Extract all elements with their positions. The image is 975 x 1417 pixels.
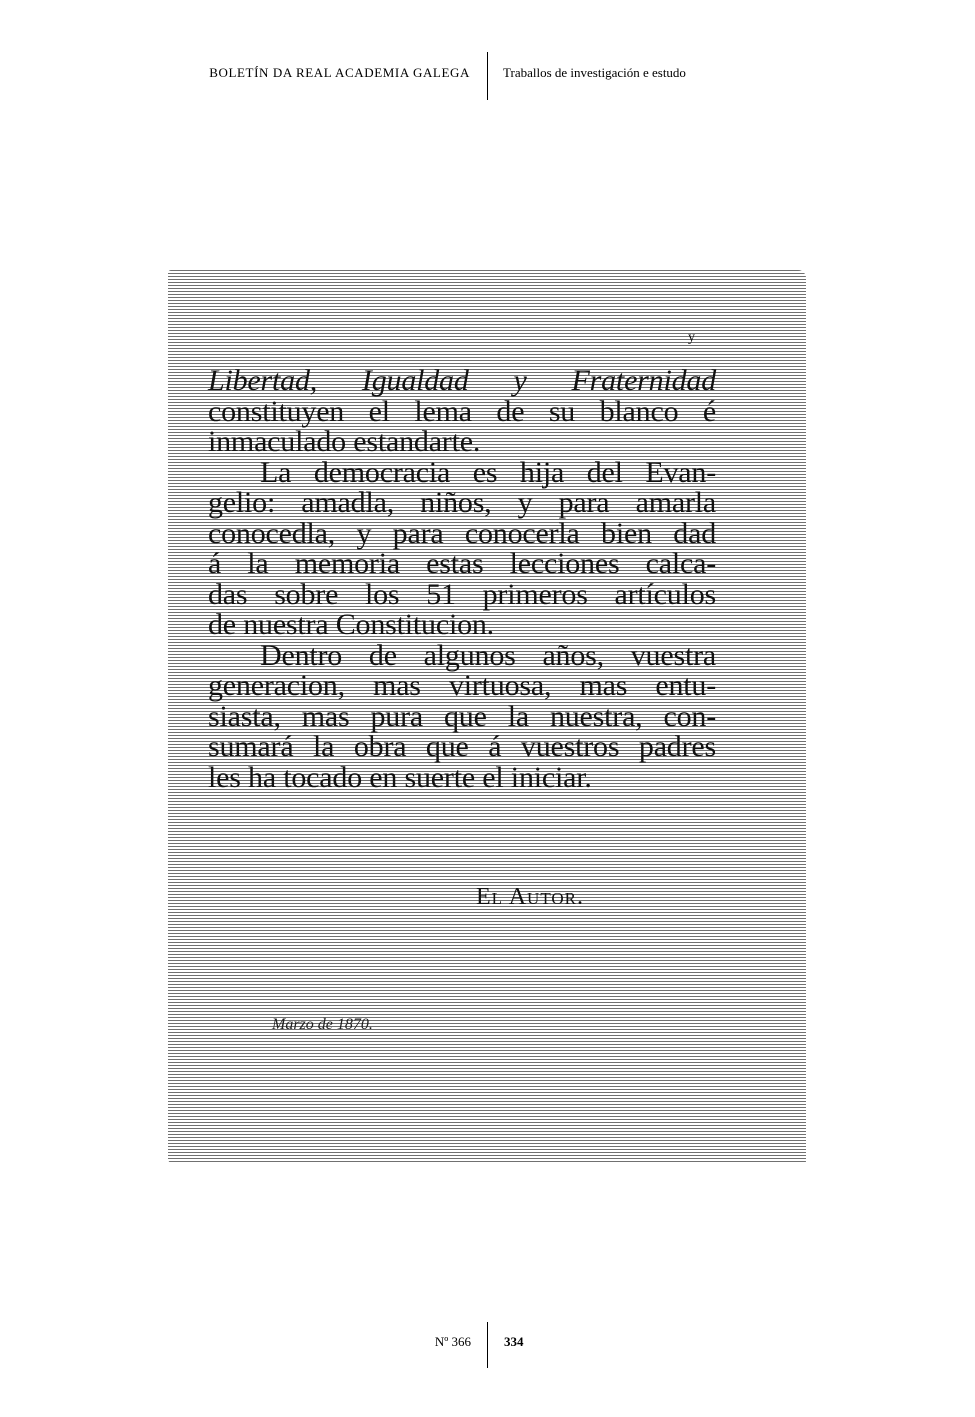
text-line: gelio: amadla, niños, y para amarla xyxy=(208,488,716,519)
text-line: á la memoria estas lecciones calca- xyxy=(208,549,716,580)
text-line: inmaculado estandarte. xyxy=(208,427,716,458)
facsimile-body-text: Libertad, Igualdad y Fraternidad constit… xyxy=(208,366,716,793)
text-line: Libertad, Igualdad y Fraternidad xyxy=(208,366,716,397)
text-line: constituyen el lema de su blanco é xyxy=(208,397,716,428)
footer-divider xyxy=(487,1322,488,1368)
page-number: 334 xyxy=(504,1334,524,1350)
issue-number: Nº 366 xyxy=(435,1334,471,1350)
text-line: les ha tocado en suerte el iniciar. xyxy=(208,763,716,794)
corner-mark: y xyxy=(688,330,695,346)
text-line: generacion, mas virtuosa, mas entu- xyxy=(208,671,716,702)
page-footer: Nº 366 334 xyxy=(0,1322,975,1368)
dateline: Marzo de 1870. xyxy=(272,1016,373,1034)
text-line: de nuestra Constitucion. xyxy=(208,610,716,641)
section-title: Traballos de investigación e estudo xyxy=(503,65,686,81)
running-header: BOLETÍN DA REAL ACADEMIA GALEGA Traballo… xyxy=(0,52,975,100)
journal-title: BOLETÍN DA REAL ACADEMIA GALEGA xyxy=(209,65,470,81)
text-line: siasta, mas pura que la nuestra, con- xyxy=(208,702,716,733)
header-divider xyxy=(487,52,488,100)
text-line: Dentro de algunos años, vuestra xyxy=(208,641,716,672)
text-line: conocedla, y para conocerla bien dad xyxy=(208,519,716,550)
text-line: La democracia es hija del Evan- xyxy=(208,458,716,489)
author-signature: El Autor. xyxy=(476,884,584,911)
facsimile-content: y Libertad, Igualdad y Fraternidad const… xyxy=(168,270,806,1163)
text-line: sumará la obra que á vuestros padres xyxy=(208,732,716,763)
text-line: das sobre los 51 primeros artículos xyxy=(208,580,716,611)
